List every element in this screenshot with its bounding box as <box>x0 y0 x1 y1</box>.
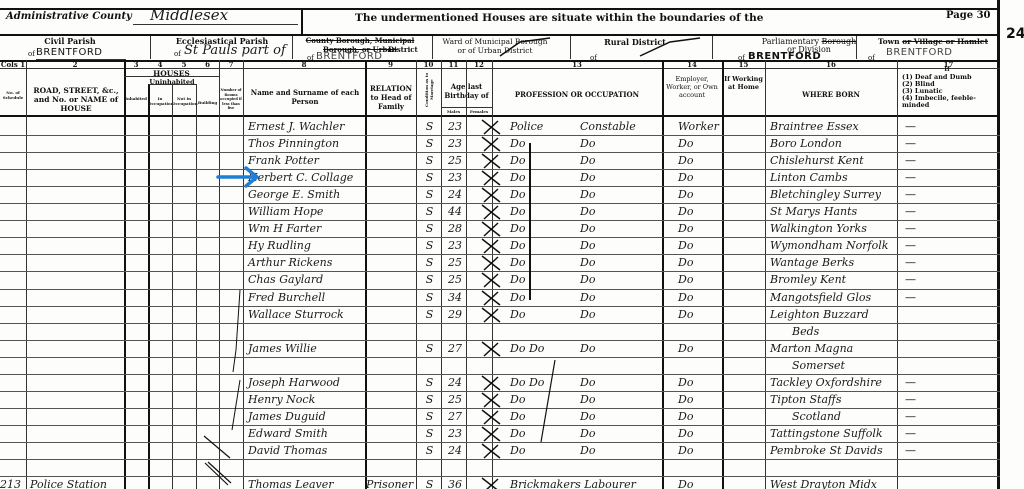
pen-marks <box>0 0 1000 489</box>
arrow-right-icon <box>216 165 262 189</box>
census-page: Administrative County Middlesex The unde… <box>0 0 1000 489</box>
margin-number: 24 <box>1006 26 1024 42</box>
